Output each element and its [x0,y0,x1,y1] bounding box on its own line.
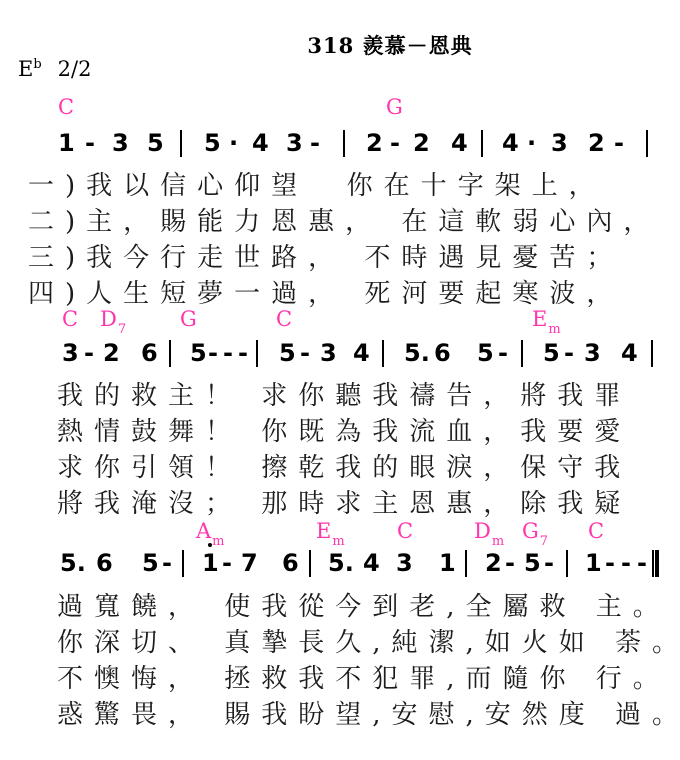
note-token: 5 [477,338,494,368]
lyric-line: 將我淹沒； 那時求主恩惠，除我疑 [57,489,631,521]
note-token: 5 [190,338,207,368]
note-token: 4 [621,338,638,368]
note-token: 5. [404,338,430,368]
chord-symbol: G [386,95,403,119]
lyric-line: 求你引領！ 擦乾我的眼淚，保守我 [57,453,631,485]
note-token: 4 [363,548,380,578]
lyric-line: 不懊悔， 拯救我不犯罪,而隨你 行。 [57,664,670,696]
note-token: · [527,128,536,158]
chord-symbol: C [58,95,74,119]
barline [481,130,483,157]
music-row: 3-265---5-345.65-5-34 [0,338,680,370]
note-token: 2 [485,548,502,578]
note-token: 5 [147,128,164,158]
note-token: 6 [96,548,113,578]
key-signature: Eb2/2 [18,57,91,81]
chord-symbol: Em [532,307,560,334]
hymn-sheet: 318 羨慕－恩典 Eb2/2 CG1-355·43-2-244·32-一)我以… [0,0,680,760]
barline [465,550,467,577]
note-token: - [505,548,515,578]
chord-symbol: Em [316,519,344,546]
chord-symbol: G [180,307,197,331]
note-token: - [310,128,320,158]
note-token: 5 [279,338,296,368]
note-token: 1 [585,548,602,578]
barline [646,130,648,157]
note-token: - [544,548,554,578]
lyric-line: 熱情鼓舞！ 你既為我流血，我要愛 [57,417,631,449]
note-token: 1 [202,548,219,578]
note-token: 5 [204,128,221,158]
barline [521,340,523,367]
note-token: - [300,338,310,368]
chord-symbol: C [276,307,292,331]
barline [180,130,182,157]
chord-quality-subscript: m [548,322,560,337]
note-token: 3 [551,128,568,158]
note-token: - [208,338,218,368]
note-token: 6 [282,548,299,578]
note-token: - [162,548,172,578]
note-token: 3 [112,128,129,158]
note-token: - [564,338,574,368]
note-token: - [614,128,624,158]
octave-dot [208,543,212,547]
barline [651,340,653,367]
note-token: - [222,548,232,578]
note-token: - [85,128,95,158]
note-token: 6 [434,338,451,368]
note-token: 7 [241,548,258,578]
note-token: 3 [286,128,303,158]
lyric-line: 一)我以信心仰望 你在十字架上， [28,171,606,203]
chord-row: CD7GCEm [0,307,680,339]
barline [382,340,384,367]
note-token: 3 [320,338,337,368]
note-token: - [223,338,233,368]
note-token: 2 [413,128,430,158]
note-token: - [498,338,508,368]
lyric-line: 二)主，賜能力恩惠， 在這軟弱心內， [28,207,660,239]
hymn-title: 318 羨慕－恩典 [0,30,680,60]
note-token: - [637,548,647,578]
note-token: - [84,338,94,368]
note-token: 4 [252,128,269,158]
final-barline [652,550,659,577]
chord-symbol: G7 [522,519,547,546]
chord-row: AmEmCDmG7C [0,519,680,551]
note-token: 5. [328,548,354,578]
barline [343,130,345,157]
note-token: 6 [141,338,158,368]
note-token: 4 [502,128,519,158]
lyric-line: 惑驚畏， 賜我盼望,安慰,安然度 過。 [57,700,680,732]
chord-quality-subscript: m [332,534,344,549]
note-token: 3 [584,338,601,368]
note-token: 2 [588,128,605,158]
note-token: - [238,338,248,368]
lyric-line: 過寬饒， 使我從今到老,全屬救 主。 [57,592,670,624]
chord-symbol: D7 [100,307,125,334]
note-token: · [229,128,238,158]
note-token: 3 [62,338,79,368]
music-row: 1-355·43-2-244·32- [0,128,680,160]
chord-symbol: C [62,307,78,331]
note-token: 5 [543,338,560,368]
barline [566,550,568,577]
barline [309,550,311,577]
chord-symbol: Dm [474,519,503,546]
note-token: 5. [60,548,86,578]
note-token: 4 [353,338,370,368]
chord-row: CG [0,95,680,127]
note-token: 3 [396,548,413,578]
chord-quality-subscript: 7 [540,534,548,549]
barline [169,340,171,367]
note-token: - [621,548,631,578]
barline [182,550,184,577]
note-token: 4 [451,128,468,158]
lyric-line: 你深切、 真摯長久,純潔,如火如 荼。 [57,628,680,660]
music-row: 5.65-1-765.4312-5-1--- [0,548,680,580]
note-token: - [390,128,400,158]
note-token: 2 [366,128,383,158]
lyric-line: 我的救主！ 求你聽我禱告，將我罪 [57,381,631,413]
note-token: 5 [524,548,541,578]
chord-quality-subscript: m [212,534,224,549]
chord-symbol: C [588,519,604,543]
barline [256,340,258,367]
chord-quality-subscript: 7 [118,322,126,337]
key-letter: E [18,57,33,81]
time-signature: 2/2 [58,57,92,81]
chord-symbol: C [397,519,413,543]
note-token: 1 [439,548,456,578]
key-accidental-flat: b [33,57,41,72]
lyric-line: 三)我今行走世路， 不時遇見憂苦； [28,243,623,275]
note-token: 2 [103,338,120,368]
note-token: 1 [58,128,75,158]
note-token: 5 [142,548,159,578]
note-token: - [605,548,615,578]
chord-quality-subscript: m [492,534,504,549]
